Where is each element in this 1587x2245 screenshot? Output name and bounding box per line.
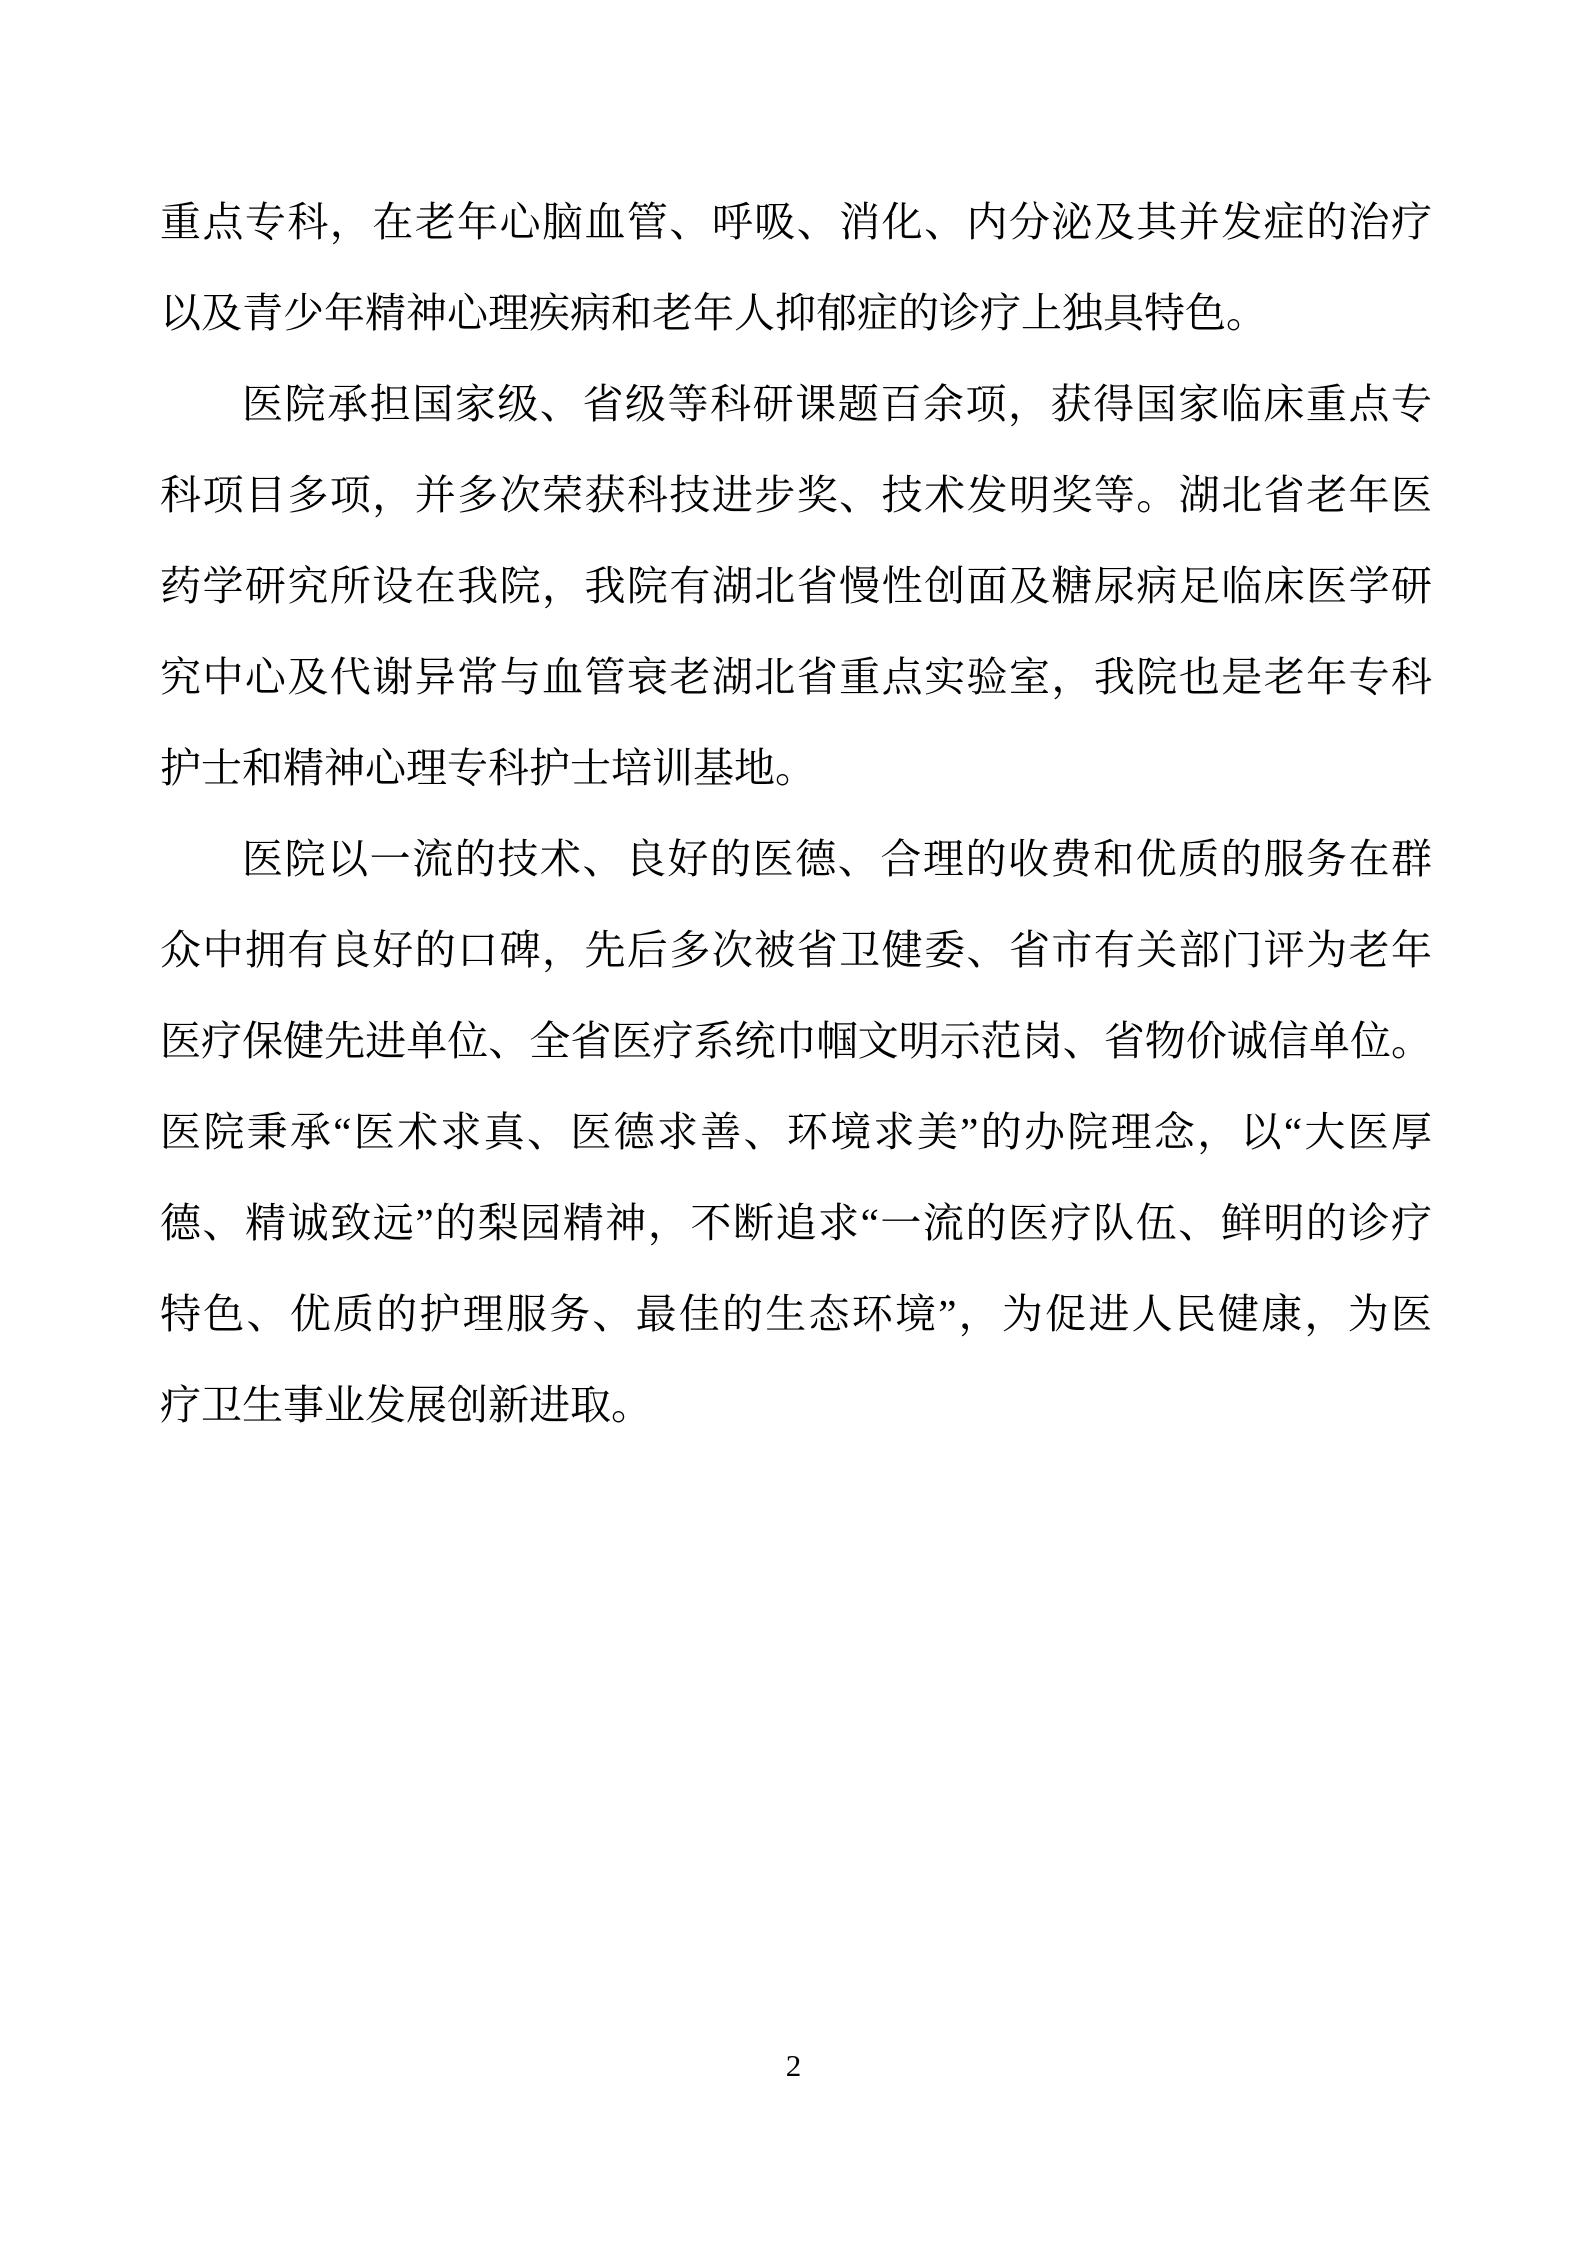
paragraph-2-line-2: 科项目多项，并多次荣获科技进步奖、技术发明奖等。湖北省老年医 bbox=[160, 450, 1432, 541]
paragraph-3-line-7: 疗卫生事业发展创新进取。 bbox=[160, 1360, 1432, 1451]
paragraph-3-line-6: 特色、优质的护理服务、最佳的生态环境”，为促进人民健康，为医 bbox=[160, 1269, 1432, 1360]
paragraph-3-line-4: 医院秉承“医术求真、医德求善、环境求美”的办院理念，以“大医厚 bbox=[160, 1087, 1432, 1178]
document-body: 重点专科，在老年心脑血管、呼吸、消化、内分泌及其并发症的治疗以及青少年精神心理疾… bbox=[160, 177, 1432, 1451]
paragraph-3-line-2: 众中拥有良好的口碑，先后多次被省卫健委、省市有关部门评为老年 bbox=[160, 905, 1432, 996]
paragraph-2-line-5: 护士和精神心理专科护士培训基地。 bbox=[160, 723, 1432, 814]
paragraph-1-line-1: 重点专科，在老年心脑血管、呼吸、消化、内分泌及其并发症的治疗 bbox=[160, 177, 1432, 268]
paragraph-3-line-5: 德、精诚致远”的梨园精神，不断追求“一流的医疗队伍、鲜明的诊疗 bbox=[160, 1178, 1432, 1269]
paragraph-3-line-3: 医疗保健先进单位、全省医疗系统巾帼文明示范岗、省物价诚信单位。 bbox=[160, 996, 1432, 1087]
page-number: 2 bbox=[0, 2046, 1587, 2086]
paragraph-1-line-2: 以及青少年精神心理疾病和老年人抑郁症的诊疗上独具特色。 bbox=[160, 268, 1432, 359]
paragraph-2-line-3: 药学研究所设在我院，我院有湖北省慢性创面及糖尿病足临床医学研 bbox=[160, 541, 1432, 632]
paragraph-3-line-1: 医院以一流的技术、良好的医德、合理的收费和优质的服务在群 bbox=[160, 814, 1432, 905]
document-page: 重点专科，在老年心脑血管、呼吸、消化、内分泌及其并发症的治疗以及青少年精神心理疾… bbox=[0, 0, 1587, 2245]
paragraph-2-line-1: 医院承担国家级、省级等科研课题百余项，获得国家临床重点专 bbox=[160, 359, 1432, 450]
paragraph-2-line-4: 究中心及代谢异常与血管衰老湖北省重点实验室，我院也是老年专科 bbox=[160, 632, 1432, 723]
